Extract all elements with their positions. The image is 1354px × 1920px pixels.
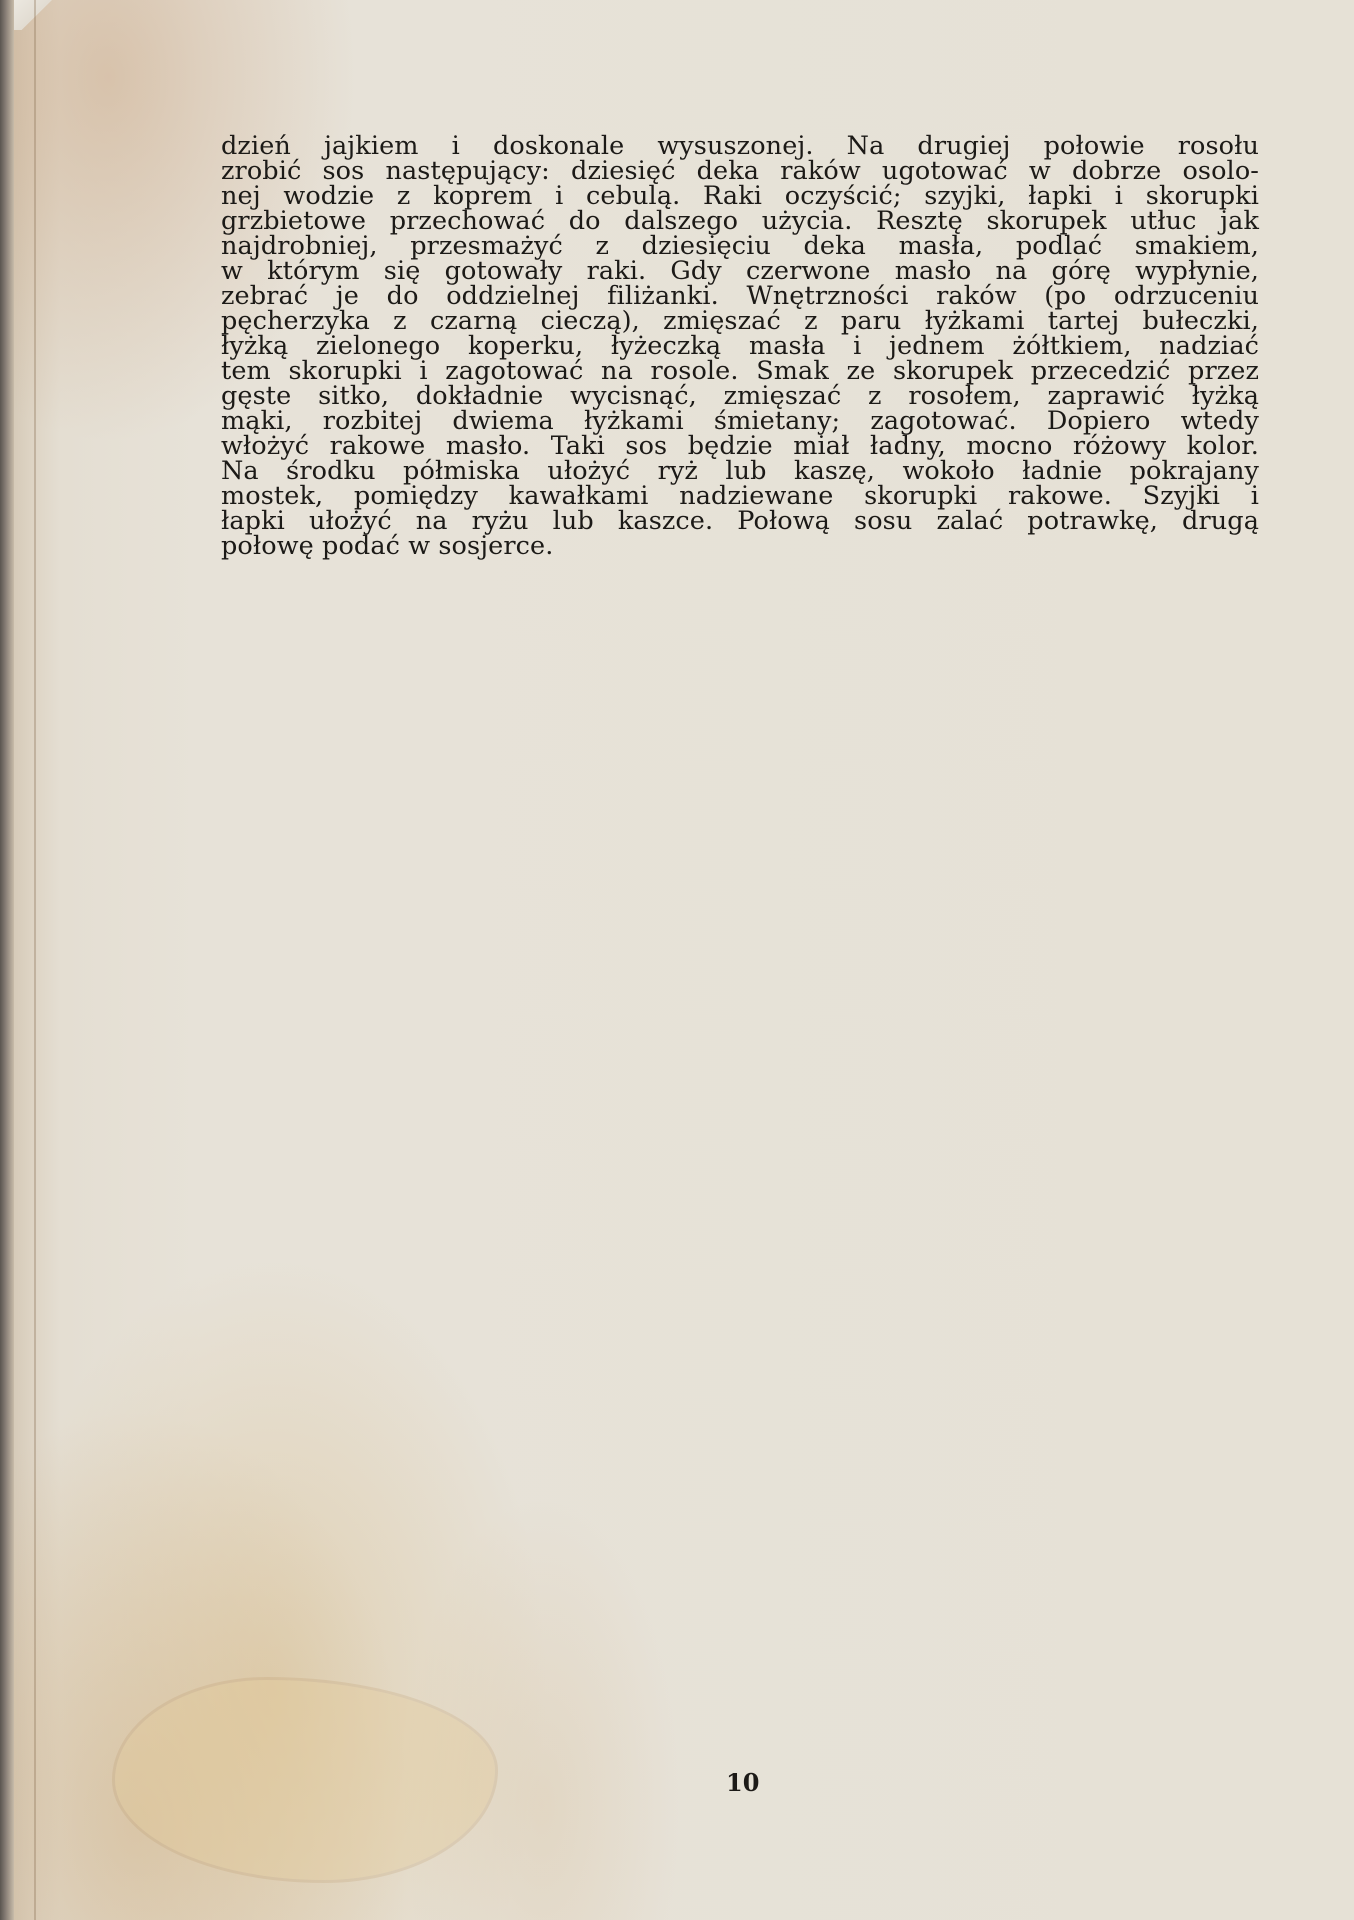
recipe-text-block: dzień jajkiem i doskonale wysuszonej. Na… [221, 134, 1259, 559]
water-stain [115, 1680, 495, 1880]
page-fold-line [34, 0, 36, 1920]
scanned-page: dzień jajkiem i doskonale wysuszonej. Na… [0, 0, 1354, 1920]
text-line-last: połowę podać w sosjerce. [221, 534, 1259, 559]
page-number: 10 [726, 1768, 759, 1797]
book-binding-edge [0, 0, 14, 1920]
page-corner-fold [14, 0, 52, 30]
